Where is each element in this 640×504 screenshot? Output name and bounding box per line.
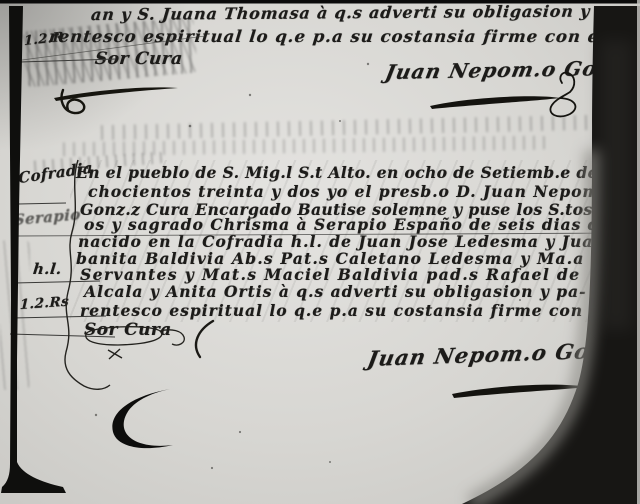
handwriting-line: rentesco espiritual lo q.e p.a su costan… [80, 301, 607, 320]
crescent-ink-mark [112, 389, 173, 448]
margin-fee-note: 1.2.Rs [19, 294, 69, 314]
handwriting-line: chocientos treinta y dos yo el presb.o D… [88, 182, 618, 201]
signature-flourish-bottom [452, 364, 602, 406]
scanned-document-page: an y S. Juana Thomasa à q.s adverti su o… [0, 0, 640, 504]
margin-legitimacy-note: h.l. [32, 260, 63, 278]
handwriting-line: Sor Cura [94, 49, 184, 69]
handwriting-line: En el pueblo de S. Mig.l S.t Alto. en oc… [76, 163, 640, 182]
priest-signature: Juan Nepom.o Gonz. [366, 337, 630, 371]
handwriting-line: Alcala y Anita Ortis à q.s adverti su ob… [84, 282, 586, 301]
handwriting-line: an y S. Juana Thomasa à q.s adverti su o… [90, 1, 628, 24]
handwriting-line: rentesco espiritual lo q.e p.a su costan… [48, 27, 608, 46]
paren-ink-mark [196, 321, 213, 357]
priest-signature: Juan Nepom.o Gonz. [383, 56, 635, 84]
ink-flourish-top-left [54, 87, 178, 113]
margin-child-name: Serapio [14, 205, 81, 229]
handwriting-line: Sor Cura [84, 320, 172, 340]
margin-bleed [0, 240, 30, 390]
